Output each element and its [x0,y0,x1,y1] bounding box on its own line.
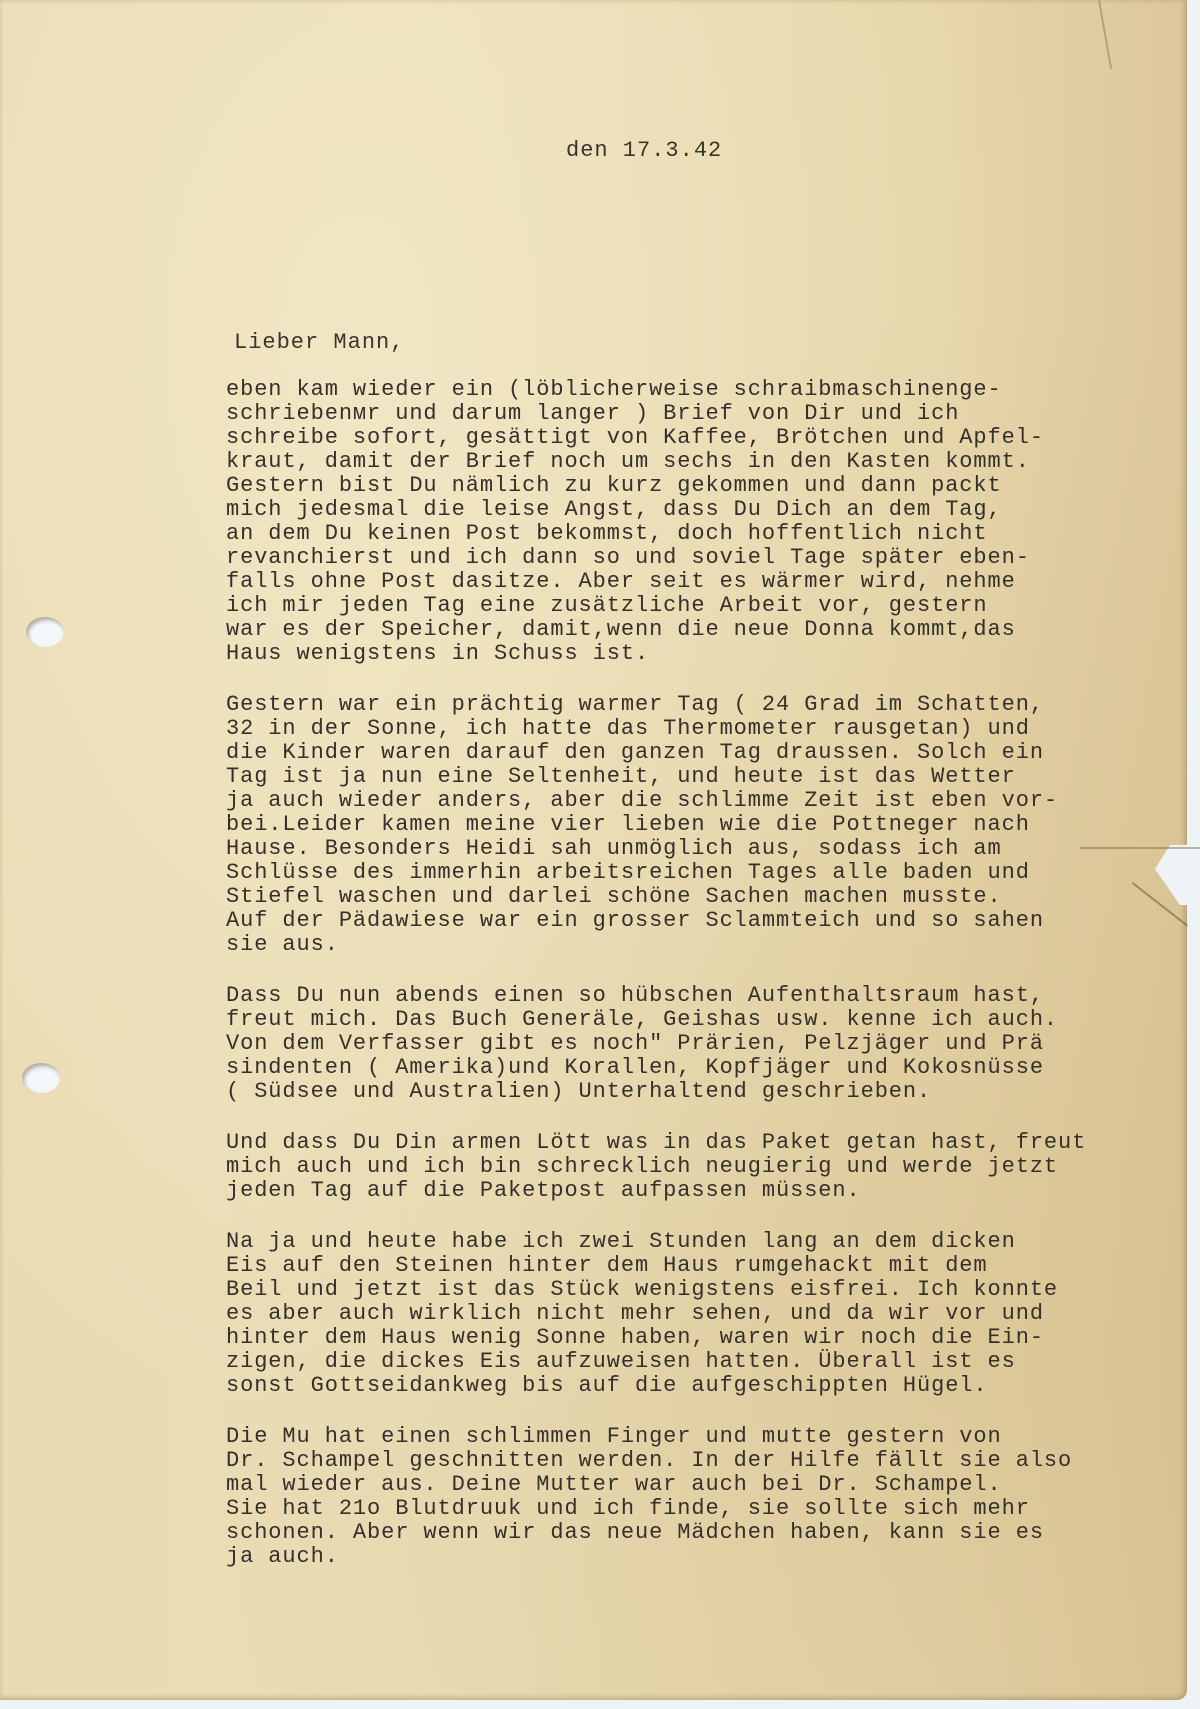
paragraph: Gestern war ein prächtig warmer Tag ( 24… [226,693,1146,957]
letter-date: den 17.3.42 [566,138,722,163]
text-line: ja auch. [226,1545,1146,1569]
paper-fold [1080,847,1200,849]
text-line: Schlüsse des immerhin arbeitsreichen Tag… [226,861,1146,885]
text-line: ich mir jeden Tag eine zusätzliche Arbei… [226,594,1146,618]
text-line: revanchierst und ich dann so und soviel … [226,546,1146,570]
text-line: sindenten ( Amerika)und Korallen, Kopfjä… [226,1056,1146,1080]
text-line: freut mich. Das Buch Generäle, Geishas u… [226,1008,1146,1032]
paragraph: Na ja und heute habe ich zwei Stunden la… [226,1230,1146,1398]
text-line: ja auch wieder anders, aber die schlimme… [226,789,1146,813]
punch-hole-icon [26,617,64,647]
text-line: bei.Leider kamen meine vier lieben wie d… [226,813,1146,837]
text-line: es aber auch wirklich nicht mehr sehen, … [226,1302,1146,1326]
text-line: Und dass Du Din armen Lött was in das Pa… [226,1131,1146,1155]
text-line: jeden Tag auf die Paketpost aufpassen mü… [226,1179,1146,1203]
text-line: Haus wenigstens in Schuss ist. [226,642,1146,666]
text-line: Na ja und heute habe ich zwei Stunden la… [226,1230,1146,1254]
text-line: Von dem Verfasser gibt es noch" Prärien,… [226,1032,1146,1056]
text-line: die Kinder waren darauf den ganzen Tag d… [226,741,1146,765]
paragraph: eben kam wieder ein (löblicherweise schr… [226,378,1146,666]
text-line: hinter dem Haus wenig Sonne haben, waren… [226,1326,1146,1350]
text-line: zigen, die dickes Eis aufzuweisen hatten… [226,1350,1146,1374]
text-line: Gestern war ein prächtig warmer Tag ( 24… [226,693,1146,717]
text-line: an dem Du keinen Post bekommst, doch hof… [226,522,1146,546]
text-line: ( Südsee und Australien) Unterhaltend ge… [226,1080,1146,1104]
text-line: eben kam wieder ein (löblicherweise schr… [226,378,1146,402]
text-line: schonen. Aber wenn wir das neue Mädchen … [226,1521,1146,1545]
text-line: Beil und jetzt ist das Stück wenigstens … [226,1278,1146,1302]
text-line: Eis auf den Steinen hinter dem Haus rumg… [226,1254,1146,1278]
text-line: 32 in der Sonne, ich hatte das Thermomet… [226,717,1146,741]
text-line: Dass Du nun abends einen so hübschen Auf… [226,984,1146,1008]
punch-hole-icon [22,1063,60,1093]
paragraph: Die Mu hat einen schlimmen Finger und mu… [226,1425,1146,1569]
text-line: Hause. Besonders Heidi sah unmöglich aus… [226,837,1146,861]
text-line: Stiefel waschen und darlei schöne Sachen… [226,885,1146,909]
text-line: sonst Gottseidankweg bis auf die aufgesc… [226,1374,1146,1398]
text-line: schreibe sofort, gesättigt von Kaffee, B… [226,426,1146,450]
text-line: mal wieder aus. Deine Mutter war auch be… [226,1473,1146,1497]
text-line: mich jedesmal die leise Angst, dass Du D… [226,498,1146,522]
text-line: Auf der Pädawiese war ein grosser Sclamm… [226,909,1146,933]
paragraph: Und dass Du Din armen Lött was in das Pa… [226,1131,1146,1203]
salutation: Lieber Mann, [234,330,404,355]
text-line: mich auch und ich bin schrecklich neugie… [226,1155,1146,1179]
text-line: Die Mu hat einen schlimmen Finger und mu… [226,1425,1146,1449]
letter-sheet: den 17.3.42 Lieber Mann, eben kam wieder… [0,0,1187,1700]
paragraph: Dass Du nun abends einen so hübschen Auf… [226,984,1146,1104]
paper-crease [1098,0,1112,69]
text-line: Gestern bist Du nämlich zu kurz gekommen… [226,474,1146,498]
text-line: falls ohne Post dasitze. Aber seit es wä… [226,570,1146,594]
text-line: schriebenмr und darum langer ) Brief von… [226,402,1146,426]
letter-body: eben kam wieder ein (löblicherweise schr… [226,378,1146,1596]
text-line: kraut, damit der Brief noch um sechs in … [226,450,1146,474]
text-line: Dr. Schampel geschnitten werden. In der … [226,1449,1146,1473]
text-line: sie aus. [226,933,1146,957]
text-line: Sie hat 21o Blutdruuk und ich finde, sie… [226,1497,1146,1521]
text-line: Tag ist ja nun eine Seltenheit, und heut… [226,765,1146,789]
text-line: war es der Speicher, damit,wenn die neue… [226,618,1146,642]
